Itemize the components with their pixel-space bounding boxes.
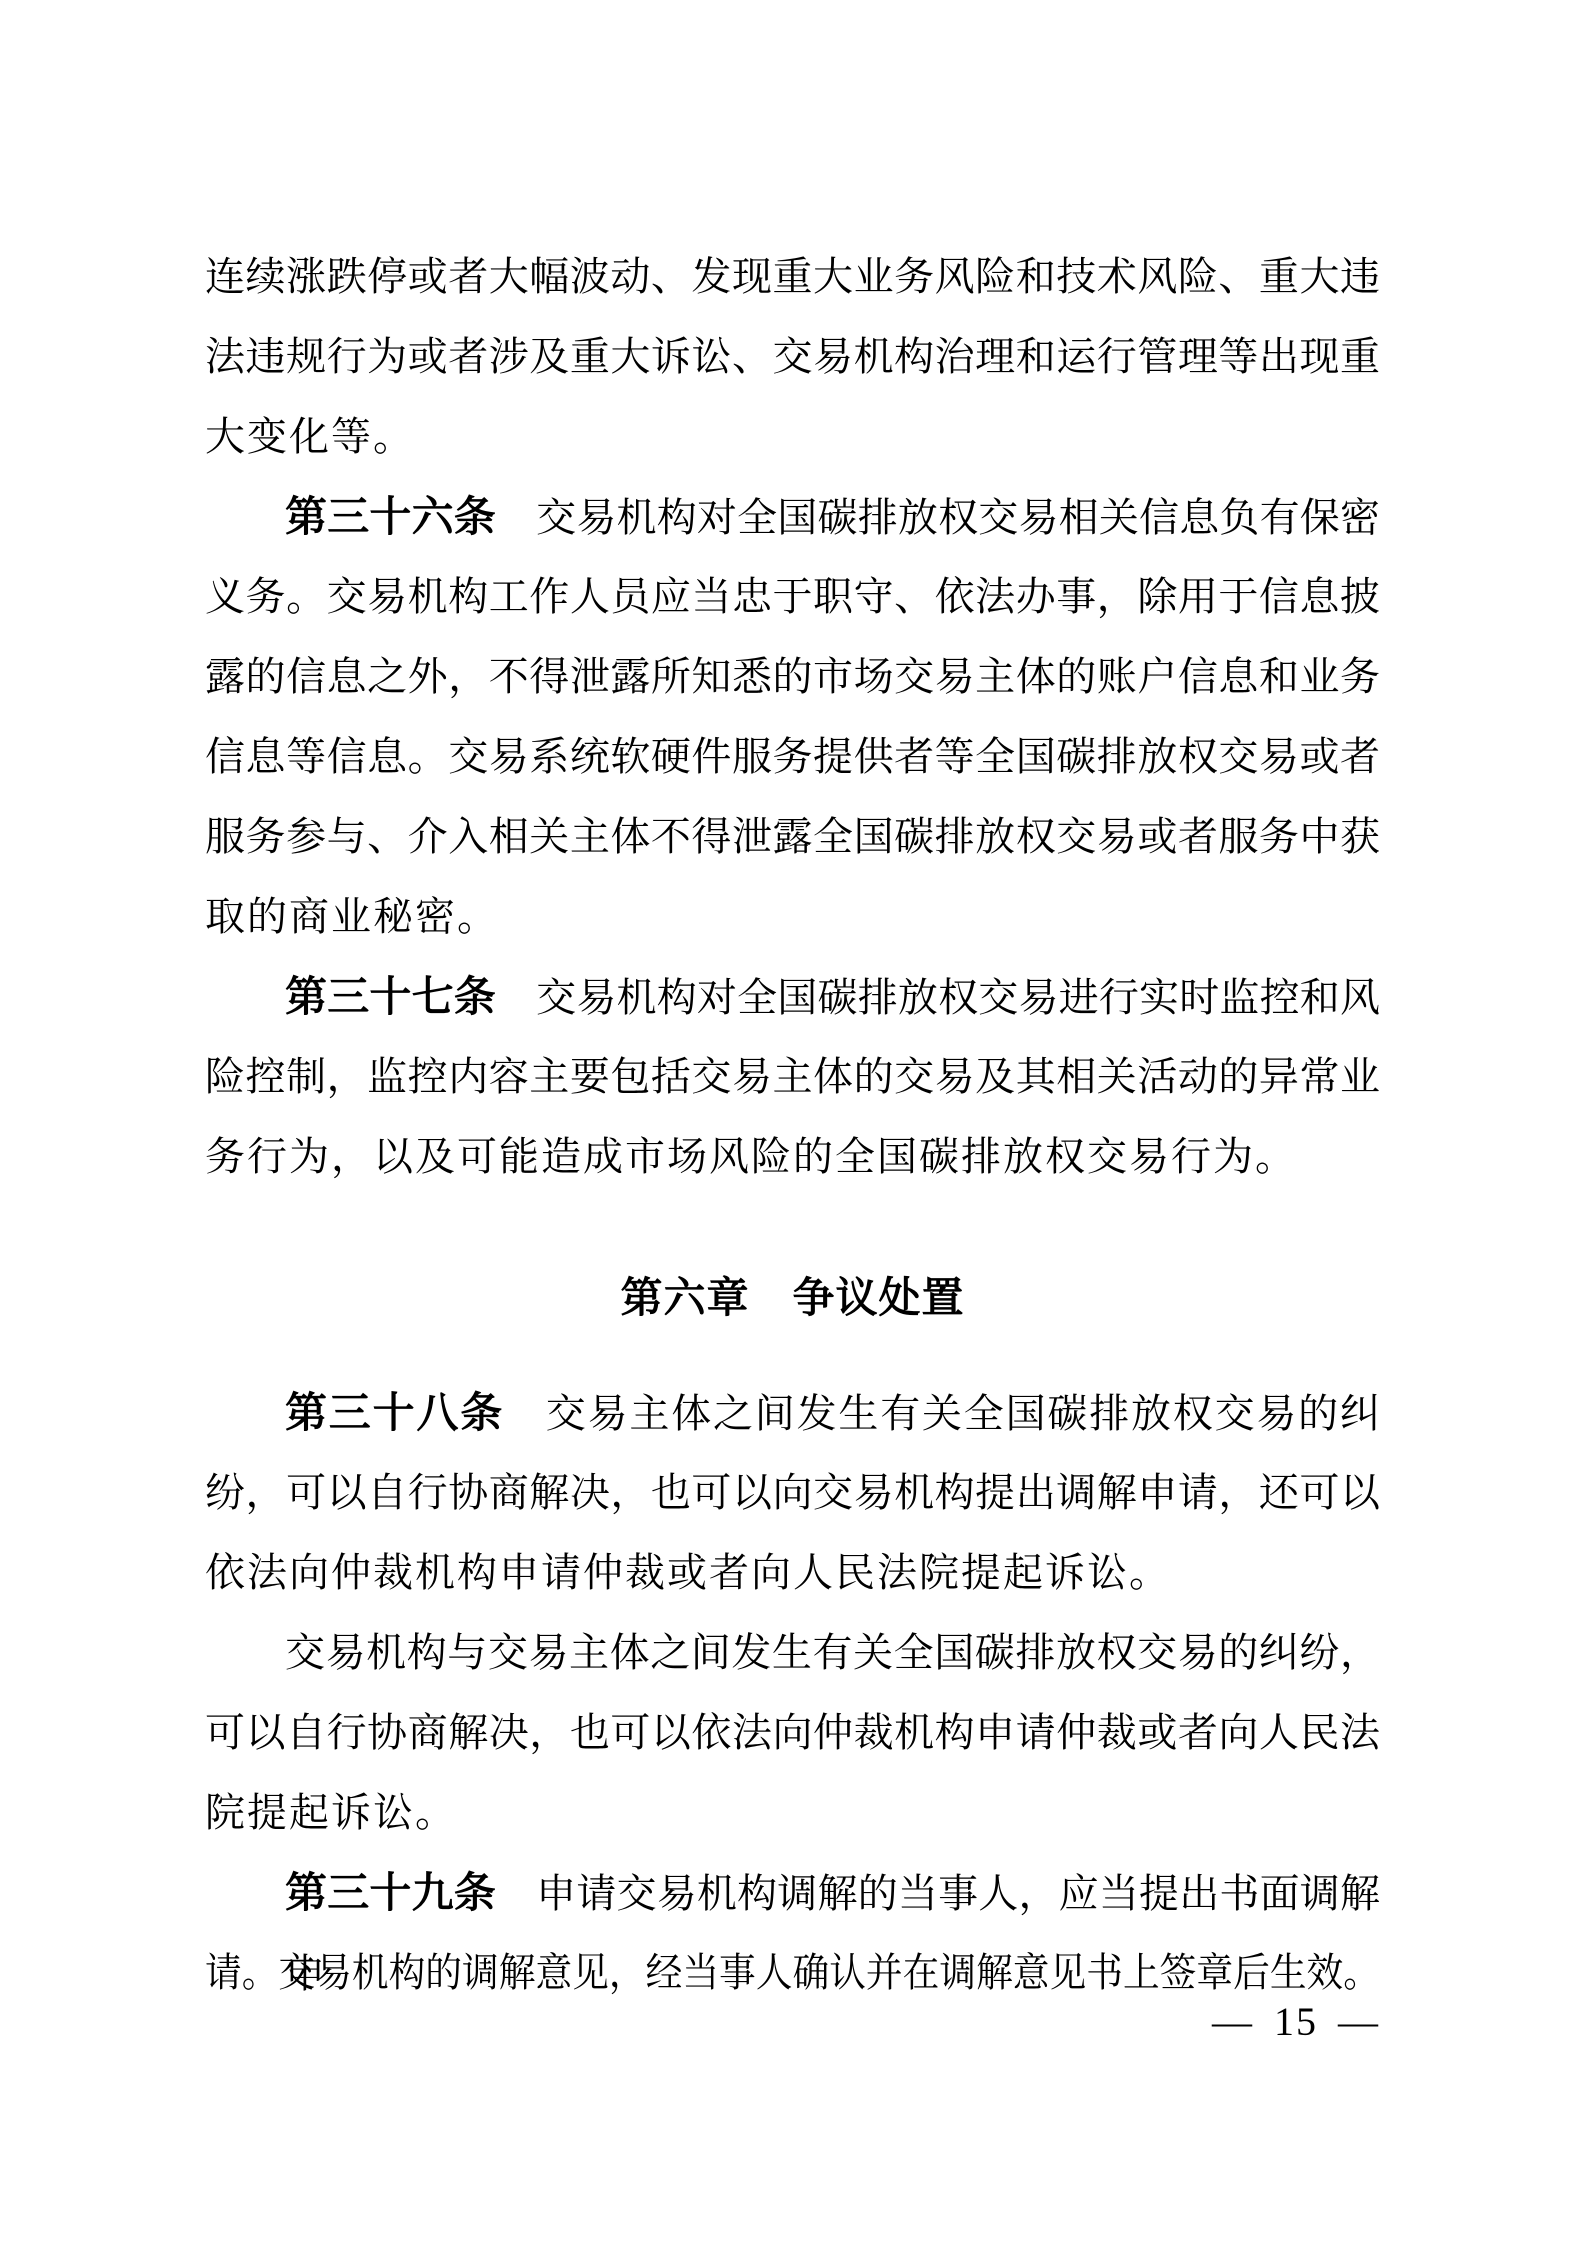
chapter-heading: 第六章 争议处置: [205, 1258, 1380, 1338]
article-line: 第三十七条 交易机构对全国碳排放权交易进行实时监控和风: [205, 957, 1380, 1037]
article-line: 第三十六条 交易机构对全国碳排放权交易相关信息负有保密: [205, 477, 1380, 557]
page-number: — 15 —: [1212, 2002, 1380, 2042]
text-line: 请。交易机构的调解意见，经当事人确认并在调解意见书上签章后生效。: [205, 1933, 1380, 2013]
text-line: 法违规行为或者涉及重大诉讼、交易机构治理和运行管理等出现重: [205, 317, 1380, 397]
text-line: 依法向仲裁机构申请仲裁或者向人民法院提起诉讼。: [205, 1533, 1380, 1613]
article-number: 第三十八条: [285, 1389, 504, 1436]
document-page: 连续涨跌停或者大幅波动、发现重大业务风险和技术风险、重大违法违规行为或者涉及重大…: [0, 0, 1587, 2245]
article-number: 第三十九条: [285, 1869, 496, 1916]
text-line: 大变化等。: [205, 397, 1380, 477]
article-number: 第三十七条: [285, 973, 496, 1020]
page-lines: 连续涨跌停或者大幅波动、发现重大业务风险和技术风险、重大违法违规行为或者涉及重大…: [205, 237, 1380, 2013]
text-line: 服务参与、介入相关主体不得泄露全国碳排放权交易或者服务中获: [205, 797, 1380, 877]
text-line: 取的商业秘密。: [205, 877, 1380, 957]
compressed-line-text: 请。交易机构的调解意见，经当事人确认并在调解意见书上签章后生效。: [205, 1933, 1380, 2013]
text-line: 务行为，以及可能造成市场风险的全国碳排放权交易行为。: [205, 1117, 1380, 1197]
article-number: 第三十六条: [285, 493, 496, 540]
text-line: 院提起诉讼。: [205, 1773, 1380, 1853]
text-line: 信息等信息。交易系统软硬件服务提供者等全国碳排放权交易或者: [205, 717, 1380, 797]
article-line: 第三十八条 交易主体之间发生有关全国碳排放权交易的纠: [205, 1373, 1380, 1453]
text-line: 纷，可以自行协商解决，也可以向交易机构提出调解申请，还可以: [205, 1453, 1380, 1533]
article-line: 第三十九条 申请交易机构调解的当事人，应当提出书面调解申: [205, 1853, 1380, 1933]
text-line: 可以自行协商解决，也可以依法向仲裁机构申请仲裁或者向人民法: [205, 1693, 1380, 1773]
text-line: 义务。交易机构工作人员应当忠于职守、依法办事，除用于信息披: [205, 557, 1380, 637]
text-line: 交易机构与交易主体之间发生有关全国碳排放权交易的纠纷，: [205, 1613, 1380, 1693]
text-line: 露的信息之外，不得泄露所知悉的市场交易主体的账户信息和业务: [205, 637, 1380, 717]
text-line: 连续涨跌停或者大幅波动、发现重大业务风险和技术风险、重大违: [205, 237, 1380, 317]
text-line: 险控制，监控内容主要包括交易主体的交易及其相关活动的异常业: [205, 1037, 1380, 1117]
